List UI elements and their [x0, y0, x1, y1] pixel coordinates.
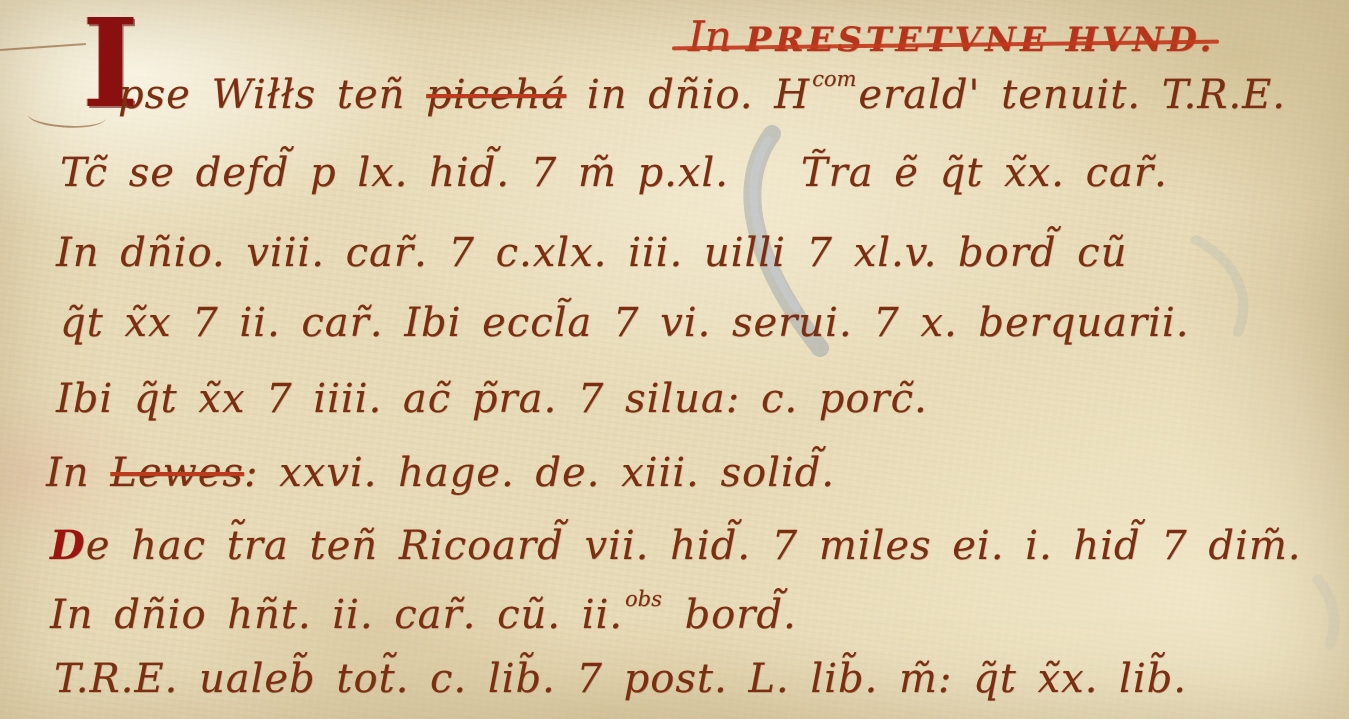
- line-text: T.R.E. ualeb̃ tot̃. c. lib̃. 7 post. L. …: [54, 656, 1187, 702]
- line-text: Ibi q̃t x̃x 7 iiii. ac̃ p̃ra. 7 silua: c…: [56, 376, 928, 422]
- entry-line-4: q̃t x̃x 7 ii. car̃. Ibi eccl̃a 7 vi. ser…: [60, 300, 1189, 346]
- rubric-heading: InPRESTETVNE HVND.: [688, 12, 1215, 61]
- line-text: q̃t x̃x 7 ii. car̃. Ibi eccl̃a 7 vi. ser…: [60, 300, 1189, 346]
- line-text: : xxvi. hage. de. xiii. solid̃.: [244, 450, 835, 496]
- faint-smudge-right: [1196, 240, 1243, 332]
- entry-line-8: In dñio hñt. ii. car̃. cũ. ii.obs bord̃.: [50, 592, 797, 638]
- line-text: pse Wiłłs teñ: [118, 72, 426, 118]
- ruling-line: [0, 43, 86, 51]
- entry-line-1: pse Wiłłs teñ picehá in dñio. Hcomerald'…: [118, 72, 1286, 118]
- red-capital-d: D: [50, 522, 86, 569]
- entry-line-6: In Lewes: xxvi. hage. de. xiii. solid̃.: [46, 450, 835, 496]
- entry-line-2: Tc̃ se defd̃ p lx. hid̃. 7 m̃ p.xl.T̃ra …: [60, 150, 1168, 196]
- line-text: In: [46, 450, 110, 496]
- manuscript-page: InPRESTETVNE HVND. I pse Wiłłs teñ piceh…: [0, 0, 1349, 719]
- line-text: Tc̃ se defd̃ p lx. hid̃. 7 m̃ p.xl.: [60, 150, 729, 196]
- line-text: In dñio hñt. ii. car̃. cũ. ii.: [50, 592, 623, 638]
- line-text: e hac t̃ra teñ Ricoard̃ vii. hid̃. 7 mil…: [86, 523, 1302, 569]
- interlinear-obs: obs: [625, 587, 662, 611]
- entry-line-7: De hac t̃ra teñ Ricoard̃ vii. hid̃. 7 mi…: [50, 522, 1301, 569]
- line-text: erald' tenuit. T.R.E.: [858, 72, 1286, 118]
- entry-line-3: In dñio. viii. car̃. 7 c.xlx. iii. uilli…: [56, 230, 1127, 276]
- struck-place-name: picehá: [426, 72, 566, 118]
- interlinear-com: com: [812, 67, 856, 91]
- struck-place-lewes: Lewes: [110, 450, 244, 496]
- rubric-heading-prefix: In: [688, 12, 732, 61]
- line-text: in dñio. H: [566, 72, 810, 118]
- entry-line-9: T.R.E. ualeb̃ tot̃. c. lib̃. 7 post. L. …: [54, 656, 1187, 702]
- faint-smudge-edge: [1318, 580, 1334, 644]
- line-text: In dñio. viii. car̃. 7 c.xlx. iii. uilli…: [56, 230, 1127, 276]
- line-text: bord̃.: [664, 592, 797, 638]
- entry-line-5: Ibi q̃t x̃x 7 iiii. ac̃ p̃ra. 7 silua: c…: [56, 376, 928, 422]
- line-text: T̃ra ẽ q̃t x̃x. car̃.: [801, 150, 1168, 196]
